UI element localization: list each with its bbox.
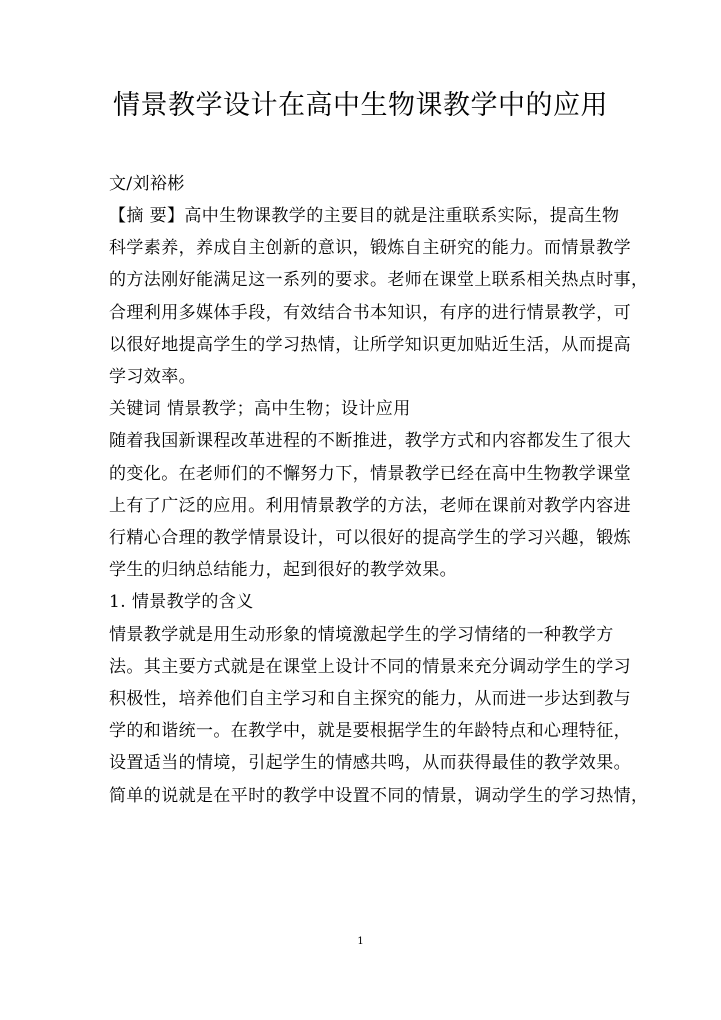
body-line: 上有了广泛的应用。利用情景教学的方法，老师在课前对教学内容进 xyxy=(109,495,613,517)
body-line: 合理利用多媒体手段，有效结合书本知识，有序的进行情景教学，可 xyxy=(109,302,613,324)
document-title: 情景教学设计在高中生物课教学中的应用 xyxy=(0,88,721,124)
body-line: 学习效率。 xyxy=(109,366,613,388)
page-number: 1 xyxy=(0,936,721,947)
document-page: 情景教学设计在高中生物课教学中的应用 文/刘裕彬 【摘 要】高中生物课教学的主要… xyxy=(0,0,721,1020)
body-line: 法。其主要方式就是在课堂上设计不同的情景来充分调动学生的学习 xyxy=(109,656,613,678)
body-line: 简单的说就是在平时的教学中设置不同的情景，调动学生的学习热情， xyxy=(109,785,613,807)
body-line: 学生的归纳总结能力，起到很好的教学效果。 xyxy=(109,559,613,581)
body-line: 【摘 要】高中生物课教学的主要目的就是注重联系实际，提高生物 xyxy=(109,205,613,227)
body-line: 的方法刚好能满足这一系列的要求。老师在课堂上联系相关热点时事， xyxy=(109,269,613,291)
body-line: 积极性，培养他们自主学习和自主探究的能力，从而进一步达到教与 xyxy=(109,688,613,710)
author-line: 文/刘裕彬 xyxy=(109,173,613,195)
body-line: 以很好地提高学生的学习热情，让所学知识更加贴近生活，从而提高 xyxy=(109,334,613,356)
body-line: 科学素养，养成自主创新的意识，锻炼自主研究的能力。而情景教学 xyxy=(109,237,613,259)
body-line: 关键词 情景教学；高中生物；设计应用 xyxy=(109,398,613,420)
body-line: 设置适当的情境，引起学生的情感共鸣，从而获得最佳的教学效果。 xyxy=(109,752,613,774)
body-line: 行精心合理的教学情景设计，可以很好的提高学生的学习兴趣，锻炼 xyxy=(109,527,613,549)
body-line: 随着我国新课程改革进程的不断推进，教学方式和内容都发生了很大 xyxy=(109,430,613,452)
body-line: 学的和谐统一。在教学中，就是要根据学生的年龄特点和心理特征， xyxy=(109,720,613,742)
body-line: 情景教学就是用生动形象的情境激起学生的学习情绪的一种教学方 xyxy=(109,624,613,646)
body-line: 1. 情景教学的含义 xyxy=(109,591,613,613)
body-line: 的变化。在老师们的不懈努力下，情景教学已经在高中生物教学课堂 xyxy=(109,463,613,485)
